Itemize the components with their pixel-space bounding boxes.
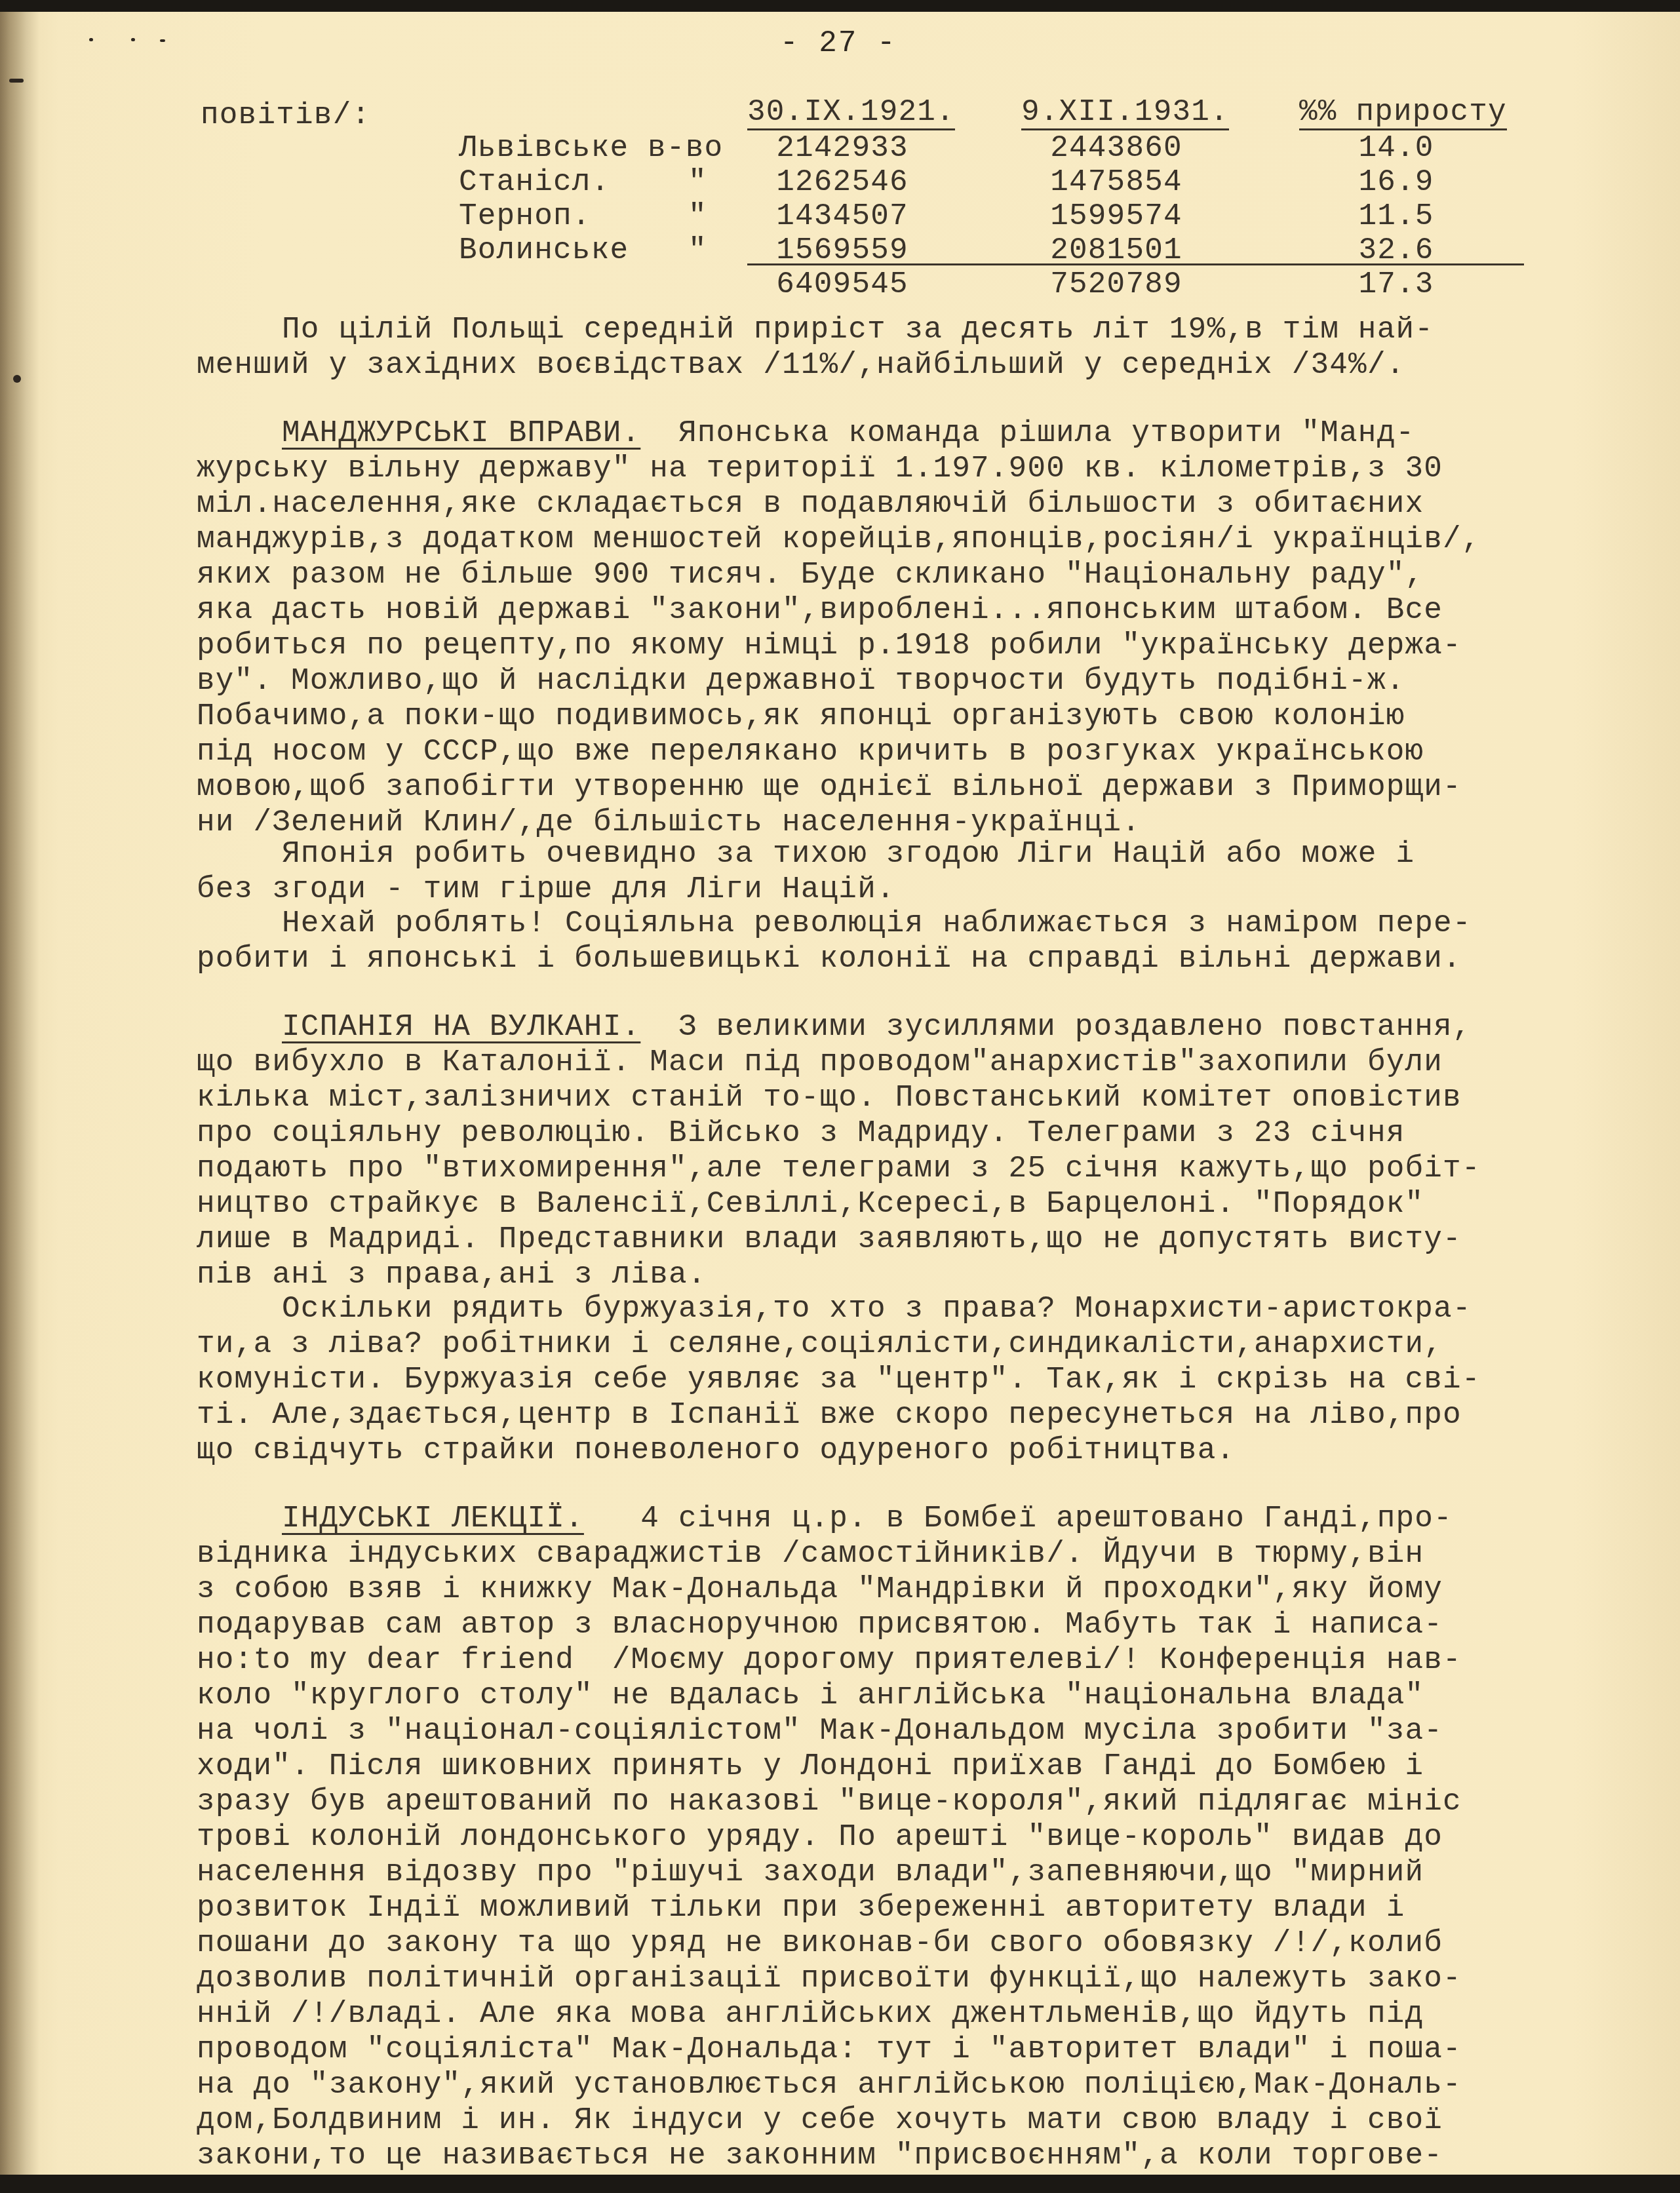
text-line: яких разом не більше 900 тисяч. Буде скл… <box>197 554 1527 595</box>
text-line: журську вільну державу" на території 1.1… <box>197 448 1527 489</box>
text-line: кілька міст,залізничих станій то-що. Пов… <box>197 1077 1527 1118</box>
section-heading: ІСПАНІЯ НА ВУЛКАНІ. <box>282 1010 640 1044</box>
region-name: Станісл. <box>459 165 610 199</box>
text-line: що свідчуть страйки поневоленого одурено… <box>197 1430 1527 1471</box>
section-first-line: ІСПАНІЯ НА ВУЛКАНІ. З великими зусиллями… <box>197 1007 1612 1047</box>
text-line: яка дасть новій державі "закони",виробле… <box>197 590 1527 631</box>
section-first-line: МАНДЖУРСЬКІ ВПРАВИ. Японська команда ріш… <box>197 413 1612 454</box>
region-name: Львівське в-во <box>459 131 723 165</box>
totals-rule <box>747 263 1524 265</box>
region-name: Волинське <box>459 233 629 267</box>
text-line: подарував сам автор з власноручною присв… <box>197 1604 1527 1645</box>
census-1931: 1599574 <box>1021 199 1211 233</box>
text-line: нній /!/владі. Але яка мова англійських … <box>197 1994 1527 2034</box>
census-1931: 1475854 <box>1021 165 1211 199</box>
text-line: ву". Можливо,що й наслідки державної тво… <box>197 661 1527 701</box>
ink-mark <box>160 39 165 42</box>
scan-border-top <box>0 0 1680 13</box>
header-growth: %% приросту <box>1299 96 1507 130</box>
ink-mark <box>89 38 93 41</box>
text-line: лише в Мадриді. Представники влади заявл… <box>197 1219 1527 1260</box>
text-line: на чолі з "націонал-соціялістом" Мак-Дон… <box>197 1711 1527 1751</box>
census-1931: 2081501 <box>1021 233 1211 267</box>
text-line: закони,то це називається не законним "пр… <box>197 2135 1527 2176</box>
text-line: Нехай роблять! Соціяльна революція набли… <box>197 903 1612 944</box>
text-line: що вибухло в Каталонії. Маси під проводо… <box>197 1042 1527 1083</box>
text-line: населення відозву про "рішучі заходи вла… <box>197 1852 1527 1893</box>
ditto-mark: " <box>688 165 707 199</box>
census-1921: 1434507 <box>747 199 937 233</box>
growth-percent: 14.0 <box>1331 131 1462 165</box>
text-line: відника індуських свараджистів /самостій… <box>197 1534 1527 1574</box>
text-line: проводом "соціяліста" Мак-Дональда: тут … <box>197 2029 1527 2070</box>
section-heading: МАНДЖУРСЬКІ ВПРАВИ. <box>282 416 640 450</box>
header-1921: 30.IX.1921. <box>747 96 955 130</box>
text-line: робиться по рецепту,по якому німці р.191… <box>197 625 1527 666</box>
text-span: З великими зусиллями роздавлено повстанн… <box>640 1010 1471 1044</box>
text-line: дом,Болдвиним і ин. Як індуси у себе хоч… <box>197 2100 1527 2141</box>
text-line: Побачимо,а поки-що подивимось,як японці … <box>197 696 1527 737</box>
text-line: на до "закону",який установлюється англі… <box>197 2065 1527 2105</box>
text-line: подають про "втихомирення",але телеграми… <box>197 1148 1527 1189</box>
text-line: манджурів,з додатком меншостей корейців,… <box>197 519 1527 560</box>
text-line: ходи". Після шиковних принять у Лондоні … <box>197 1746 1527 1787</box>
census-1931: 2443860 <box>1021 131 1211 165</box>
binding-shadow <box>0 12 39 2176</box>
growth-percent: 32.6 <box>1331 233 1462 267</box>
growth-percent: 11.5 <box>1331 199 1462 233</box>
ink-mark <box>131 38 135 41</box>
text-line: ти,а з ліва? робітники і селяне,соціяліс… <box>197 1324 1527 1365</box>
scan-border-bottom <box>0 2175 1680 2193</box>
text-line: ті. Але,здається,центр в Іспанії вже ско… <box>197 1395 1527 1435</box>
text-line: Японія робить очевидно за тихою згодою Л… <box>197 834 1612 874</box>
growth-percent: 16.9 <box>1331 165 1462 199</box>
text-line: мовою,щоб запобігти утворенню ще однієї … <box>197 767 1527 807</box>
text-line: По цілій Польщі середній приріст за деся… <box>197 309 1612 350</box>
census-1921: 1262546 <box>747 165 937 199</box>
region-name: Терноп. <box>459 199 591 233</box>
text-line: комуністи. Буржуазія себе уявляє за "цен… <box>197 1359 1527 1400</box>
text-line: робити і японські і большевицькі колонії… <box>197 939 1527 979</box>
text-line: дозволив політичній організації присвоїт… <box>197 1958 1527 1999</box>
text-span: 4 січня ц.р. в Бомбеї арештовано Ганді,п… <box>584 1502 1453 1536</box>
text-line: міл.населення,яке складається в подавляю… <box>197 484 1527 524</box>
header-1931: 9.XII.1931. <box>1021 96 1229 130</box>
ink-mark <box>13 375 21 383</box>
text-line: трові колоній лондонського уряду. По аре… <box>197 1817 1527 1857</box>
text-line: но:to my dear friend /Моєму дорогому при… <box>197 1640 1527 1680</box>
total-1931: 7520789 <box>1021 267 1211 301</box>
page-number: - 27 - <box>780 26 897 60</box>
ditto-mark: " <box>688 233 707 267</box>
census-1921: 2142933 <box>747 131 937 165</box>
section-first-line: ІНДУСЬКІ ЛЕКЦІЇ. 4 січня ц.р. в Бомбеї а… <box>197 1498 1612 1539</box>
text-span: Японська команда рішила утворити "Манд- <box>640 416 1415 450</box>
text-line: Оскільки рядить буржуазія,то хто з права… <box>197 1289 1612 1329</box>
section-heading: ІНДУСЬКІ ЛЕКЦІЇ. <box>282 1502 584 1536</box>
text-line: зразу був арештований по наказові "вице-… <box>197 1781 1527 1822</box>
ink-mark <box>9 79 24 83</box>
ditto-mark: " <box>688 199 707 233</box>
census-1921: 1569559 <box>747 233 937 267</box>
text-line: менший у західних воєвідствах /11%/,найб… <box>197 345 1527 385</box>
text-line: з собою взяв і книжку Мак-Дональда "Манд… <box>197 1569 1527 1610</box>
total-growth: 17.3 <box>1331 267 1462 301</box>
table-lead-label: повітів/: <box>201 98 370 132</box>
total-1921: 6409545 <box>747 267 937 301</box>
text-line: під носом у СССР,що вже перелякано кричи… <box>197 731 1527 772</box>
text-line: про соціяльну революцію. Військо з Мадри… <box>197 1113 1527 1154</box>
text-line: коло "круглого столу" не вдалась і англі… <box>197 1675 1527 1716</box>
text-line: пошани до закону та що уряд не виконав-б… <box>197 1923 1527 1964</box>
text-line: ництво страйкує в Валенсії,Севіллі,Ксере… <box>197 1184 1527 1224</box>
text-line: розвиток Індії можливий тільки при збере… <box>197 1888 1527 1928</box>
